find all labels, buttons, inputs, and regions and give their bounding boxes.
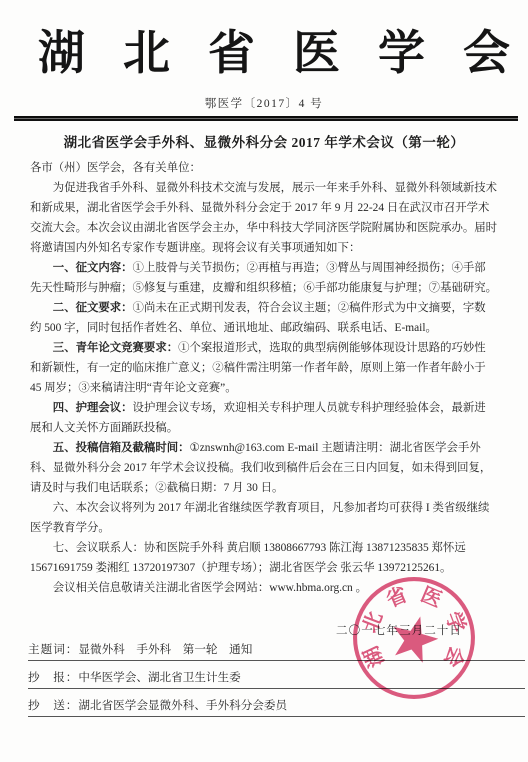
document-footer: 主题词： 显微外科 手外科 第一轮 通知 抄 报： 中华医学会、湖北省卫生计生委… [28, 633, 525, 717]
body-line: 请及时与我们电话联系；②截稿日期：7 月 30 日。 [30, 478, 500, 498]
body-line-section-5: 五、投稿信箱及截稿时间：①znswnh@163.com E-mail 主题请注明… [30, 438, 500, 458]
body-line-section-7: 七、会议联系人：协和医院手外科 黄启顺 13808667793 陈江海 1387… [30, 538, 500, 558]
footer-row-copy-report: 抄 报： 中华医学会、湖北省卫生计生委 [28, 661, 525, 689]
body-line: 展和人文关怀方面踊跃投稿。 [30, 418, 500, 438]
body-line: 和新颖性，有一定的临床推广意义；②稿件需注明第一作者年龄，原则上第一作者年龄小于 [30, 358, 500, 378]
body-line: 15671691759 娄湘红 13720197307（护理专场）；湖北省医学会… [30, 558, 500, 578]
footer-value: 显微外科 手外科 第一轮 通知 [78, 641, 252, 657]
notice-body: 各市（州）医学会，各有关单位： 为促进我省手外科、显微外科技术交流与发展，展示一… [30, 158, 500, 598]
document-page: 湖北省医学会 鄂医学〔2017〕4 号 湖北省医学会手外科、显微外科分会 201… [0, 0, 528, 762]
footer-value: 中华医学会、湖北省卫生计生委 [78, 669, 240, 685]
footer-label: 主题词： [28, 641, 78, 657]
body-line-section-3: 三、青年论文竞赛要求：①个案报道形式，选取的典型病例能够体现设计思路的巧妙性 [30, 338, 500, 358]
body-line-section-4: 四、护理会议：设护理会议专场，欢迎相关专科护理人员就专科护理经验体会，最新进 [30, 398, 500, 418]
body-line: 交流大会。本次会议由湖北省医学会主办，华中科技大学同济医学院附属协和医院承办。届… [30, 218, 500, 238]
document-number: 鄂医学〔2017〕4 号 [0, 95, 528, 111]
body-line: 和新成果，湖北省医学会手外科、显微外科分会定于 2017 年 9 月 22-24… [30, 198, 500, 218]
body-line: 将邀请国内外知名专家作专题讲座。现将会议有关事项通知如下： [30, 238, 500, 258]
body-line: 医学教育学分。 [30, 518, 500, 538]
organization-title: 湖北省医学会 [0, 16, 528, 86]
body-line: 各市（州）医学会，各有关单位： [30, 158, 500, 178]
body-line-section-1: 一、征文内容：①上肢骨与关节损伤；②再植与再造；③臂丛与周围神经损伤；④手部 [30, 258, 500, 278]
footer-row-copy-send: 抄 送： 湖北省医学会显微外科、手外科分会委员 [28, 689, 525, 717]
header-divider-rule [14, 116, 518, 121]
body-line: 约 500 字，同时包括作者姓名、单位、通讯地址、邮政编码、联系电话、E-mai… [30, 318, 500, 338]
footer-value: 湖北省医学会显微外科、手外科分会委员 [78, 697, 287, 713]
notice-title: 湖北省医学会手外科、显微外科分会 2017 年学术会议（第一轮） [0, 131, 528, 151]
body-line-website: 会议相关信息敬请关注湖北省医学会网站：www.hbma.org.cn 。 [30, 578, 500, 598]
body-line: 45 周岁；③来稿请注明“青年论文竞赛”。 [30, 378, 500, 398]
footer-row-subject: 主题词： 显微外科 手外科 第一轮 通知 [28, 633, 525, 661]
body-line: 为促进我省手外科、显微外科技术交流与发展，展示一年来手外科、显微外科领域新技术 [30, 178, 500, 198]
body-line-section-2: 二、征文要求：①尚未在正式期刊发表，符合会议主题；②稿件形式为中文摘要，字数 [30, 298, 500, 318]
body-line: 科、显微外科分会 2017 年学术会议投稿。我们收到稿件后会在三日内回复，如未得… [30, 458, 500, 478]
body-line: 先天性畸形与肿瘤；⑤修复与重建，皮瓣和组织移植；⑥手部功能康复与护理；⑦基础研究… [30, 278, 500, 298]
footer-label: 抄 送： [28, 697, 78, 713]
footer-label: 抄 报： [28, 669, 78, 685]
body-line-section-6: 六、本次会议将列为 2017 年湖北省继续医学教育项目，凡参加者均可获得 I 类… [30, 498, 500, 518]
